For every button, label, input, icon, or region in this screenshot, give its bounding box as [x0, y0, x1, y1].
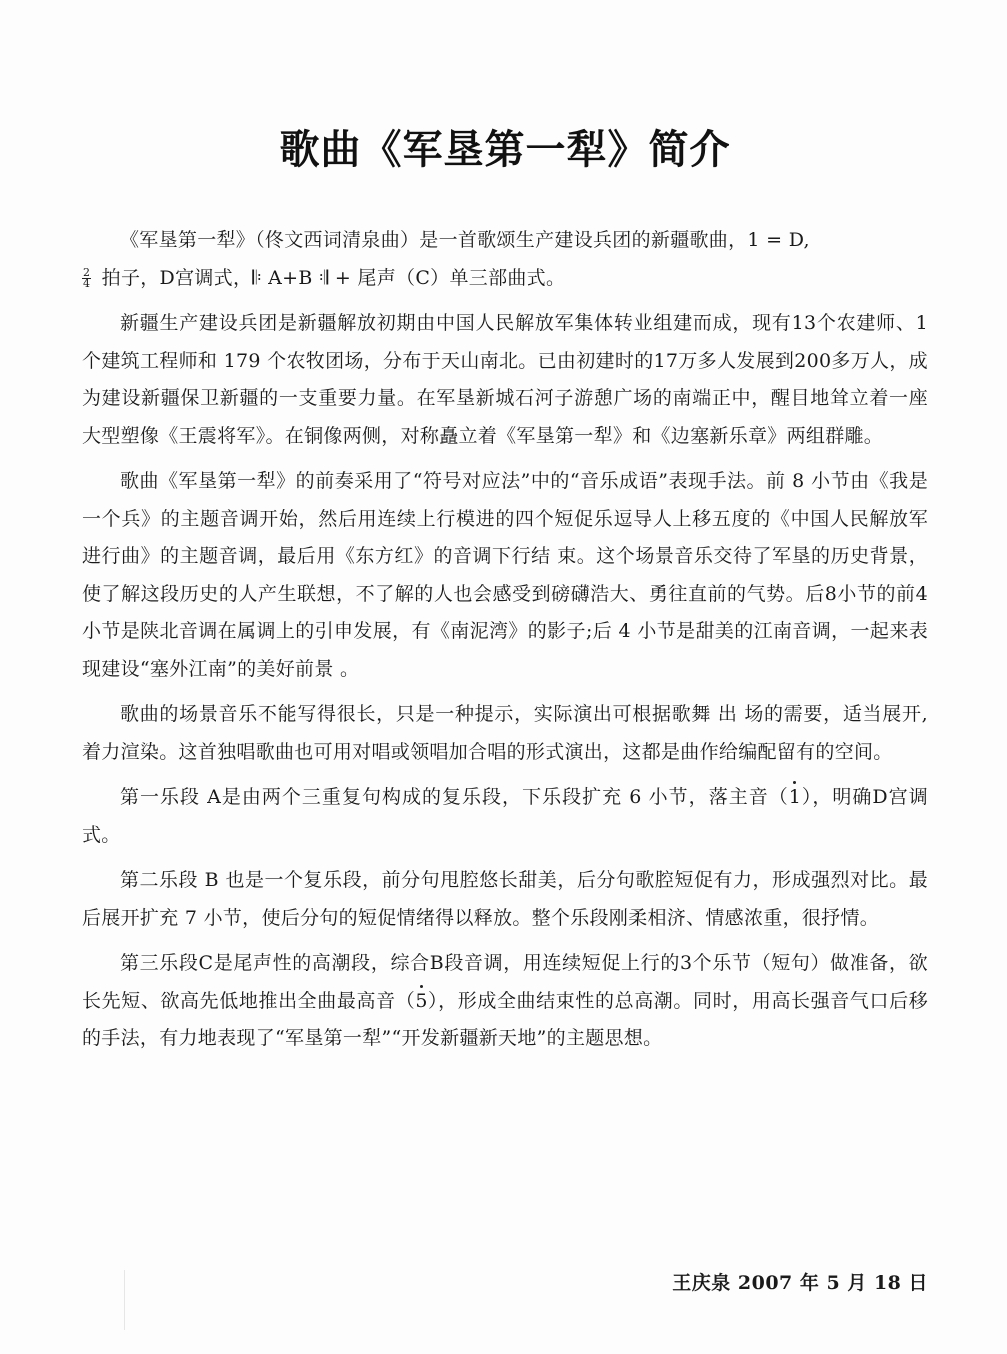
- intro-line-2: 拍子，D宫调式，𝄆 A+B 𝄇 + 尾声（C）单三部曲式。: [95, 267, 565, 289]
- section-a-text-before: 第一乐段 A是由两个三重复句构成的复乐段，下乐段扩充 6 小节，落主音（: [120, 786, 789, 808]
- document-body: 《军垦第一犁》（佟文西词清泉曲）是一首歌颂生产建设兵团的新疆歌曲，1 = D,2…: [82, 222, 928, 1066]
- paragraph-section-a: 第一乐段 A是由两个三重复句构成的复乐段，下乐段扩充 6 小节，落主音（1），明…: [82, 779, 928, 854]
- scan-margin-mark: [124, 1270, 125, 1330]
- paragraph-scene-music: 歌曲的场景音乐不能写得很长，只是一种提示，实际演出可根据歌舞 出 场的需要，适当…: [82, 696, 928, 771]
- paragraph-background: 新疆生产建设兵团是新疆解放初期由中国人民解放军集体转业组建而成，现有13个农建师…: [82, 305, 928, 455]
- paragraph-section-b: 第二乐段 B 也是一个复乐段，前分句甩腔悠长甜美，后分句歌腔短促有力，形成强烈对…: [82, 862, 928, 937]
- paragraph-section-c: 第三乐段C是尾声性的高潮段，综合B段音调，用连续短促上行的3个乐节（短句）做准备…: [82, 945, 928, 1058]
- high-note-1: 1: [789, 779, 801, 817]
- document-title: 歌曲《军垦第一犁》简介: [82, 118, 928, 175]
- high-note-5: 5: [415, 983, 427, 1021]
- author-signature-date: 王庆泉 2007 年 5 月 18 日: [672, 1268, 928, 1295]
- paragraph-intro: 《军垦第一犁》（佟文西词清泉曲）是一首歌颂生产建设兵团的新疆歌曲，1 = D,2…: [82, 222, 928, 297]
- paragraph-prelude: 歌曲《军垦第一犁》的前奏采用了“符号对应法”中的“音乐成语”表现手法。前 8 小…: [82, 463, 928, 688]
- time-signature-denominator: 4: [82, 279, 91, 289]
- intro-line-1: 《军垦第一犁》（佟文西词清泉曲）是一首歌颂生产建设兵团的新疆歌曲，1 = D,: [120, 229, 810, 251]
- time-signature: 24: [82, 268, 91, 289]
